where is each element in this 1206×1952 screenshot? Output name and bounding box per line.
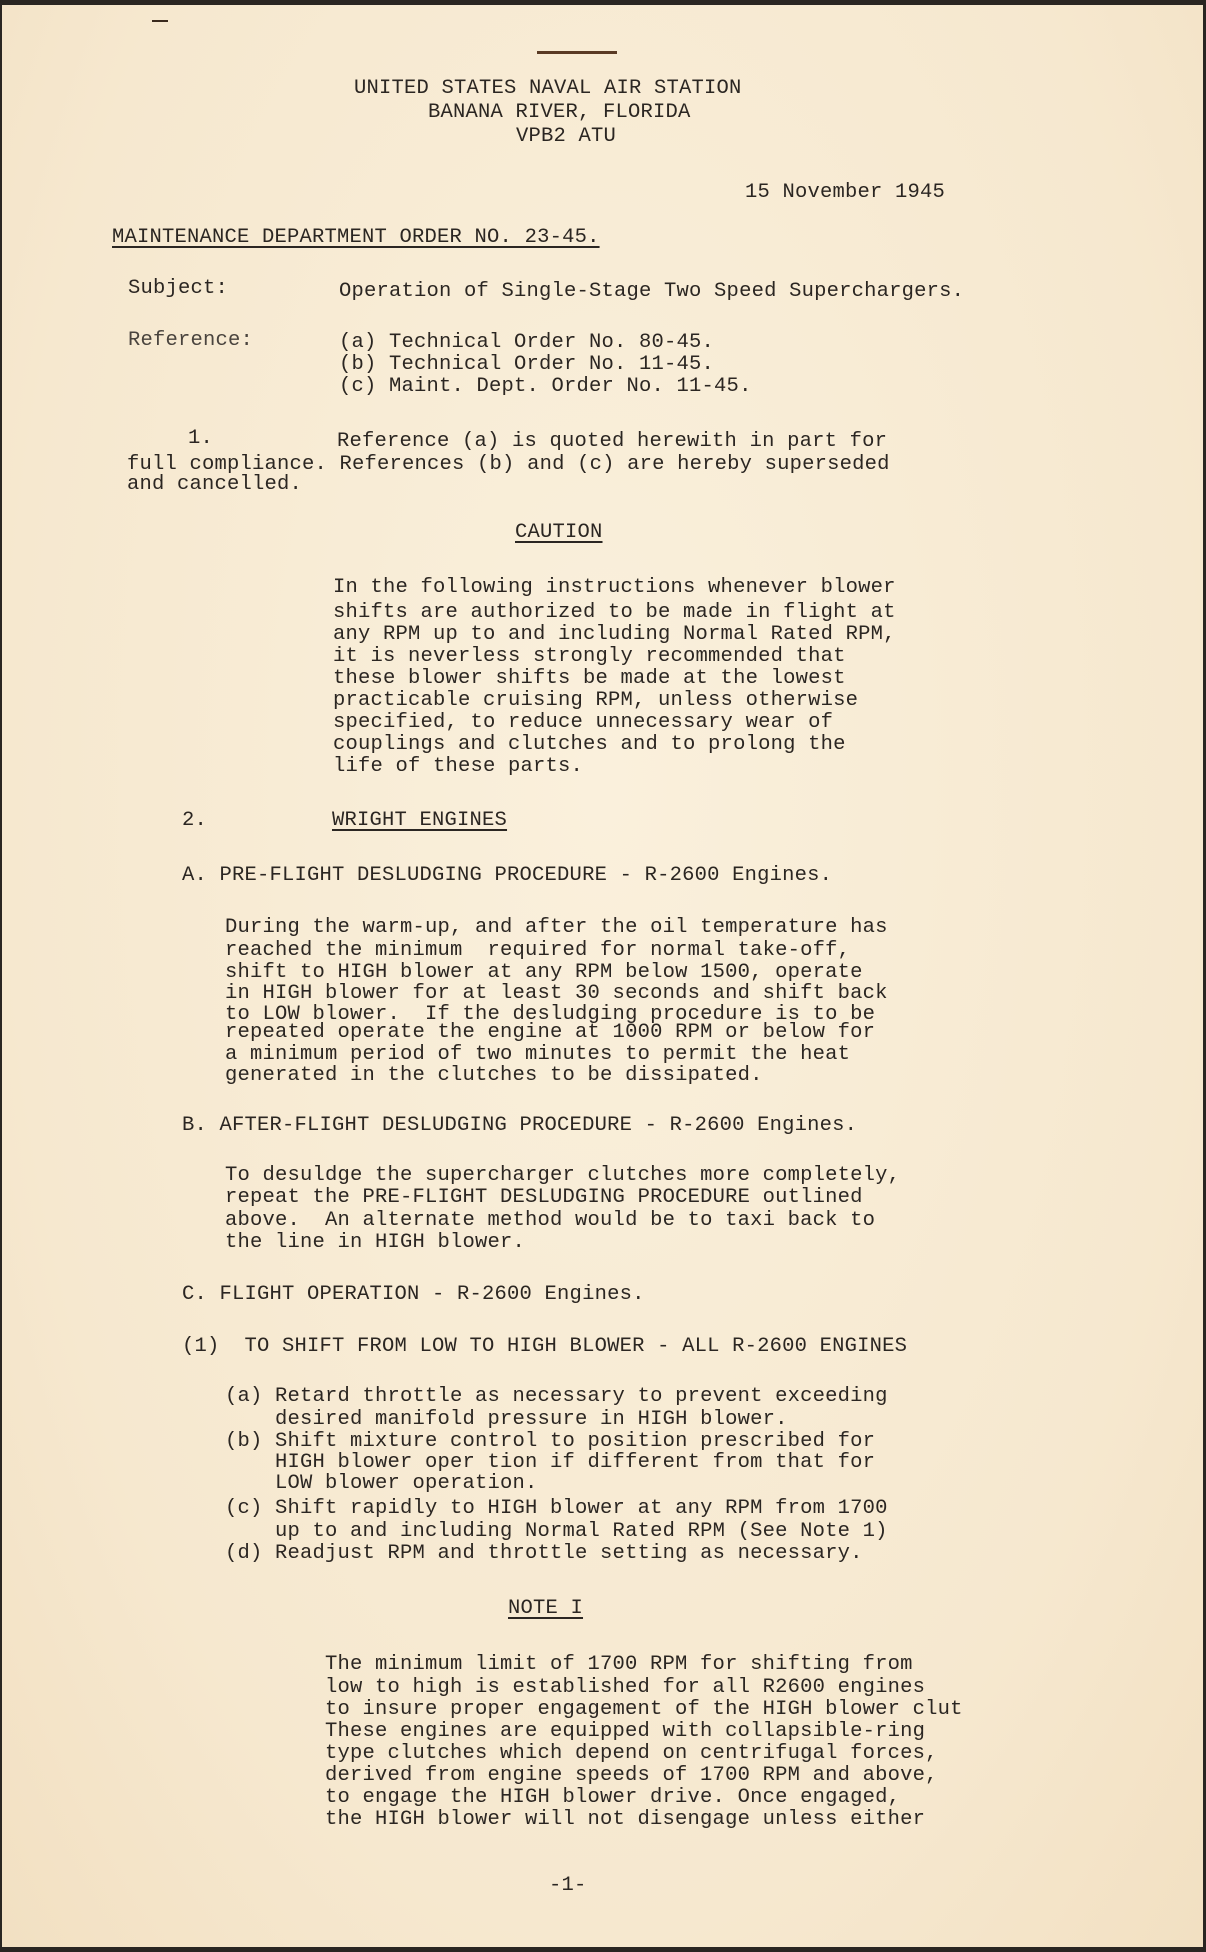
document-page: UNITED STATES NAVAL AIR STATION BANANA R… — [2, 5, 1203, 1947]
staple-mark — [537, 51, 617, 54]
note1-line-6: derived from engine speeds of 1700 RPM a… — [325, 1765, 938, 1787]
header-line-3: VPB2 ATU — [516, 126, 616, 148]
page-number: -1- — [549, 1875, 587, 1897]
section2-heading: WRIGHT ENGINES — [332, 810, 507, 832]
section-a-line-7: a minimum period of two minutes to permi… — [225, 1044, 850, 1066]
reference-label: Reference: — [128, 330, 253, 352]
step-b-line-1: (b) Shift mixture control to position pr… — [225, 1431, 875, 1453]
caution-line-5: these blower shifts be made at the lowes… — [333, 668, 846, 690]
note1-line-5: type clutches which depend on centrifuga… — [325, 1743, 938, 1765]
subject-value: Operation of Single-Stage Two Speed Supe… — [339, 281, 964, 303]
order-title: MAINTENANCE DEPARTMENT ORDER NO. 23-45. — [112, 227, 600, 249]
reference-item-c: (c) Maint. Dept. Order No. 11-45. — [339, 376, 752, 398]
section-a-heading: A. PRE-FLIGHT DESLUDGING PROCEDURE - R-2… — [182, 865, 832, 887]
caution-line-4: it is neverless strongly recommended tha… — [333, 646, 846, 668]
caution-line-2: shifts are authorized to be made in flig… — [333, 602, 896, 624]
section2-number: 2. — [182, 810, 207, 832]
caution-line-6: practicable cruising RPM, unless otherwi… — [333, 690, 858, 712]
section-b-line-1: To desuldge the supercharger clutches mo… — [225, 1165, 900, 1187]
step-c-line-2: up to and including Normal Rated RPM (Se… — [225, 1521, 888, 1543]
note1-line-7: to engage the HIGH blower drive. Once en… — [325, 1787, 900, 1809]
para1-line-3: and cancelled. — [127, 474, 302, 496]
section-b-line-4: the line in HIGH blower. — [225, 1232, 525, 1254]
caution-line-9: life of these parts. — [333, 756, 583, 778]
ink-mark — [152, 20, 168, 22]
section-a-line-8: generated in the clutches to be dissipat… — [225, 1065, 763, 1087]
header-line-1: UNITED STATES NAVAL AIR STATION — [354, 78, 742, 100]
section-c-heading: C. FLIGHT OPERATION - R-2600 Engines. — [182, 1284, 645, 1306]
para1-number: 1. — [188, 428, 213, 450]
section-a-line-6: repeated operate the engine at 1000 RPM … — [225, 1022, 875, 1044]
caution-line-1: In the following instructions whenever b… — [333, 577, 896, 599]
caution-line-7: specified, to reduce unnecessary wear of — [333, 712, 833, 734]
para1-line-1: Reference (a) is quoted herewith in part… — [337, 431, 887, 453]
note1-line-3: to insure proper engagement of the HIGH … — [325, 1699, 963, 1721]
caution-line-3: any RPM up to and including Normal Rated… — [333, 624, 896, 646]
section-b-line-2: repeat the PRE-FLIGHT DESLUDGING PROCEDU… — [225, 1187, 863, 1209]
section-a-line-3: shift to HIGH blower at any RPM below 15… — [225, 962, 863, 984]
note1-line-2: low to high is established for all R2600… — [325, 1677, 925, 1699]
note1-line-4: These engines are equipped with collapsi… — [325, 1721, 925, 1743]
step-b-line-2: HIGH blower oper tion if different from … — [225, 1452, 875, 1474]
section-b-heading: B. AFTER-FLIGHT DESLUDGING PROCEDURE - R… — [182, 1115, 857, 1137]
step-a-line-1: (a) Retard throttle as necessary to prev… — [225, 1386, 888, 1408]
section-a-line-1: During the warm-up, and after the oil te… — [225, 917, 888, 939]
section-b-line-3: above. An alternate method would be to t… — [225, 1210, 875, 1232]
step-d-line-1: (d) Readjust RPM and throttle setting as… — [225, 1543, 863, 1565]
subject-label: Subject: — [128, 278, 228, 300]
section-a-line-2: reached the minimum required for normal … — [225, 940, 850, 962]
reference-item-b: (b) Technical Order No. 11-45. — [339, 354, 714, 376]
caution-line-8: couplings and clutches and to prolong th… — [333, 734, 846, 756]
note1-heading: NOTE I — [508, 1598, 583, 1620]
header-line-2: BANANA RIVER, FLORIDA — [428, 102, 691, 124]
step-b-line-3: LOW blower operation. — [225, 1473, 538, 1495]
step-a-line-2: desired manifold pressure in HIGH blower… — [225, 1409, 788, 1431]
section-a-line-4: in HIGH blower for at least 30 seconds a… — [225, 983, 888, 1005]
section-c1-heading: (1) TO SHIFT FROM LOW TO HIGH BLOWER - A… — [182, 1336, 907, 1358]
caution-heading: CAUTION — [515, 522, 603, 544]
step-c-line-1: (c) Shift rapidly to HIGH blower at any … — [225, 1498, 888, 1520]
document-date: 15 November 1945 — [745, 182, 945, 204]
note1-line-1: The minimum limit of 1700 RPM for shifti… — [325, 1654, 913, 1676]
reference-item-a: (a) Technical Order No. 80-45. — [339, 332, 714, 354]
note1-line-8: the HIGH blower will not disengage unles… — [325, 1809, 925, 1831]
